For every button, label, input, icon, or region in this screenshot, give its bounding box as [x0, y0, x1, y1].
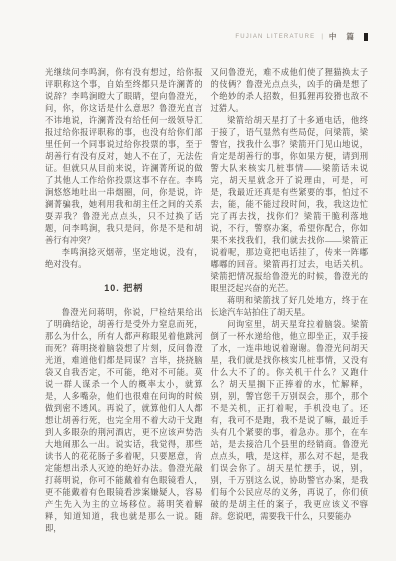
left-column: 光继续问李鸣涧，你有没有想过，给你报评职称这个事，自始至终都只是许澜菁的说辞？李… [45, 67, 203, 535]
chapter-heading: 10. 把柄 [45, 282, 203, 294]
journal-title: FUJIAN LITERATURE [235, 34, 315, 40]
magazine-page: FUJIAN LITERATURE | 中 篇 光继续问李鸣涧，你有没有想过，给… [0, 0, 396, 561]
page-number: 053 [356, 500, 368, 507]
right-column: 又问鲁澄光，难不成他们使了狸猫换太子的伎俩？鲁澄光点点头，凶手的确是想了个绝妙的… [211, 67, 369, 535]
black-bar-icon [364, 33, 368, 41]
paragraph: 李鸣涧捻灭烟蒂，坚定地说，没有，绝对没有。 [45, 247, 203, 271]
paragraph: 梁箭给胡天星打了十多通电话，他终于接了，语气显然有些局促，问梁箭，梁警官，找我什… [211, 115, 369, 295]
paragraph-continuation: 光继续问李鸣涧，你有没有想过，给你报评职称这个事，自始至终都只是许澜菁的说辞？李… [45, 67, 203, 247]
text-columns: 光继续问李鸣涧，你有没有想过，给你报评职称这个事，自始至终都只是许澜菁的说辞？李… [45, 67, 368, 535]
paragraph-continuation: 又问鲁澄光，难不成他们使了狸猫换太子的伎俩？鲁澄光点点头，凶手的确是想了个绝妙的… [211, 67, 369, 115]
paragraph: 问询室里，胡天星耷拉着脑袋。梁箭倒了一杯水递给他，他立即坐正，双手接了水，一连串… [211, 319, 369, 523]
paragraph: 蒋明和梁箭找了好几处地方，终于在长途汽车站拍住了胡天星。 [211, 295, 369, 319]
header-separator: | [321, 34, 323, 40]
paragraph: 鲁澄光问蒋明，你说，尸检结果给出了明确结论，胡善行是受外力窒息而死，那么为什么，… [45, 307, 203, 535]
running-header: FUJIAN LITERATURE | 中 篇 [235, 31, 368, 42]
section-label: 中 篇 [329, 31, 358, 42]
